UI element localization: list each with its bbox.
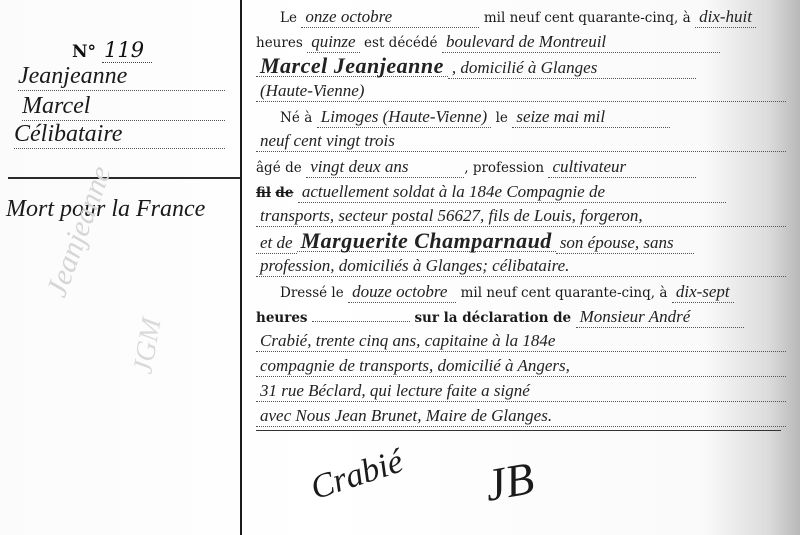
- death-record-page: N° 119 Jeanjeanne Marcel Célibataire Mor…: [0, 0, 800, 535]
- margin-column: N° 119 Jeanjeanne Marcel Célibataire Mor…: [0, 0, 240, 535]
- residence-field: , domicilié à Glanges: [448, 58, 696, 79]
- column-divider: [240, 0, 242, 535]
- death-date-field: onze octobre: [301, 7, 479, 28]
- profession-field: cultivateur: [548, 157, 696, 178]
- record-number: N° 119: [72, 38, 152, 62]
- mother-prefix: et de: [256, 233, 297, 254]
- printed-text: à: [304, 110, 312, 126]
- act-line-5: Né à Limoges (Haute-Vienne) le seize mai…: [256, 106, 786, 131]
- act-line-3: Marcel Jeanjeanne, domicilié à Glanges: [256, 56, 786, 81]
- drawn-up-date-field: douze octobre: [348, 282, 456, 303]
- act-line-9: transports, secteur postal 56627, fils d…: [256, 206, 786, 231]
- act-line-1: Le onze octobre mil neuf cent quarante-c…: [256, 6, 786, 31]
- death-minutes-field: quinze: [307, 32, 359, 53]
- drawn-up-hour-field: dix-sept: [672, 282, 734, 303]
- act-line-14: Crabié, trente cinq ans, capitaine à la …: [256, 331, 786, 356]
- mayor-signature: JB: [481, 451, 538, 512]
- declarant-address-field: 31 rue Béclard, qui lecture faite a sign…: [256, 381, 786, 402]
- officer-field: avec Nous Jean Brunet, Maire de Glanges.: [256, 406, 786, 427]
- printed-text: de: [285, 160, 302, 176]
- act-line-17: avec Nous Jean Brunet, Maire de Glanges.: [256, 406, 786, 431]
- printed-text: Dressé le: [280, 285, 344, 301]
- military-status-field: actuellement soldat à la 184e Compagnie …: [298, 182, 726, 203]
- birth-year-field: neuf cent vingt trois: [256, 131, 786, 152]
- margin-divider: [8, 177, 240, 179]
- margin-surname: Jeanjeanne: [18, 62, 225, 91]
- parents-residence-field: profession, domiciliés à Glanges; céliba…: [256, 256, 786, 277]
- act-line-7: âgé de vingt deux ans, profession cultiv…: [256, 156, 786, 181]
- printed-text: est décédé: [364, 35, 437, 51]
- declarant-residence-field: compagnie de transports, domicilié à Ang…: [256, 356, 786, 377]
- printed-text-struck: de: [275, 185, 293, 201]
- faint-margin-annotation: Jeanjeanne: [40, 162, 119, 302]
- declarant-details-field: Crabié, trente cinq ans, capitaine à la …: [256, 331, 786, 352]
- printed-text: mil neuf cent quarante-cinq, à: [484, 10, 691, 26]
- birth-date-field: seize mai mil: [512, 107, 670, 128]
- act-line-11: profession, domiciliés à Glanges; céliba…: [256, 256, 786, 281]
- act-body: Le onze octobre mil neuf cent quarante-c…: [256, 6, 786, 431]
- act-line-15: compagnie de transports, domicilié à Ang…: [256, 356, 786, 381]
- printed-text: Né: [280, 110, 300, 126]
- act-line-6: neuf cent vingt trois: [256, 131, 786, 156]
- residence-department-field: (Haute-Vienne): [256, 81, 786, 102]
- act-line-8: fil de actuellement soldat à la 184e Com…: [256, 181, 786, 206]
- printed-text: sur la déclaration de: [414, 310, 571, 326]
- printed-text: heures: [256, 35, 303, 51]
- mother-status-field: son épouse, sans: [556, 233, 694, 254]
- drawn-up-minutes-field: [312, 321, 410, 322]
- printed-text: le: [496, 110, 508, 126]
- age-field: vingt deux ans: [306, 157, 464, 178]
- act-line-2: heures quinze est décédé boulevard de Mo…: [256, 31, 786, 56]
- act-line-4: (Haute-Vienne): [256, 81, 786, 106]
- death-hour-field: dix-huit: [695, 7, 756, 28]
- margin-marital-status: Célibataire: [14, 120, 225, 149]
- deceased-name-field: Marcel Jeanjeanne: [256, 56, 448, 77]
- father-field: transports, secteur postal 56627, fils d…: [256, 206, 786, 227]
- printed-text: Le: [280, 10, 297, 26]
- act-line-10: et deMarguerite Champarnaudson épouse, s…: [256, 231, 786, 256]
- record-number-label: N°: [72, 42, 96, 62]
- act-line-16: 31 rue Béclard, qui lecture faite a sign…: [256, 381, 786, 406]
- record-number-value: 119: [102, 38, 152, 63]
- death-place-field: boulevard de Montreuil: [442, 32, 720, 53]
- printed-text: heures: [256, 310, 308, 326]
- act-line-12: Dressé le douze octobre mil neuf cent qu…: [256, 281, 786, 306]
- birthplace-field: Limoges (Haute-Vienne): [317, 107, 491, 128]
- margin-given-name: Marcel: [22, 92, 225, 121]
- declarant-signature: Crabié: [306, 443, 408, 508]
- mother-name-field: Marguerite Champarnaud: [297, 231, 556, 252]
- printed-text-struck: fil: [256, 185, 271, 201]
- printed-text: , profession: [464, 160, 544, 176]
- act-line-13: heures sur la déclaration de Monsieur An…: [256, 306, 786, 331]
- signature-divider: [256, 430, 781, 431]
- printed-text: mil neuf cent quarante-cinq, à: [461, 285, 668, 301]
- faint-margin-annotation-2: JGM: [127, 316, 168, 377]
- declarant-field: Monsieur André: [576, 307, 744, 328]
- printed-text: âgé: [256, 160, 281, 176]
